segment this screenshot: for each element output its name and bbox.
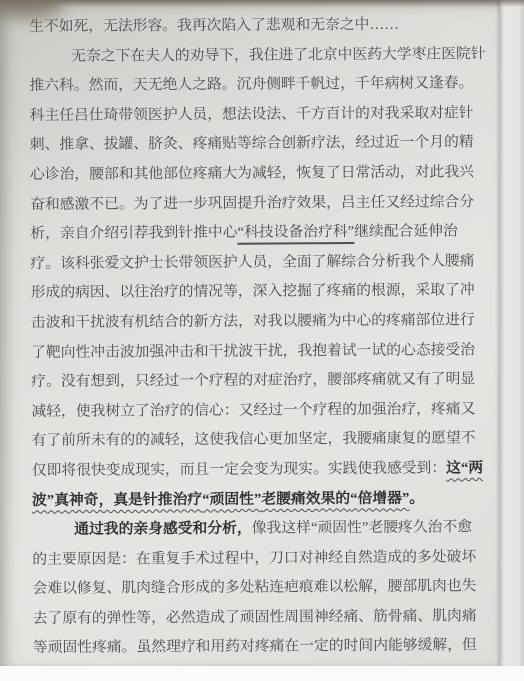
- text-line: 疗。没有想到，只经过一个疗程的对症治疗，腰部疼痛就又有了明显: [31, 365, 493, 397]
- text-line: 科主任吕仕琦带领医护人员，想法设法、千方百计的对我采取对症针: [30, 99, 492, 131]
- text-segment: 刺、推拿、拔罐、脐灸、疼痛贴等综合创新疗法，经过近一个月的精: [30, 135, 474, 154]
- text-line: 波”真神奇，真是针推治疗“顽固性”老腰痛效果的“倍增器”。: [32, 484, 494, 516]
- text-line: 有了前所未有的的减轻，这使我信心更加坚定，我腰痛康复的愿望不: [32, 424, 494, 456]
- text-segment: 有了前所未有的的减轻，这使我信心更加坚定，我腰痛康复的愿望不: [32, 431, 476, 450]
- text-line: 刺、推拿、拔罐、脐灸、疼痛贴等综合创新疗法，经过近一个月的精: [30, 129, 492, 161]
- text-segment: 形成的病因、以往治疗的情况等，深入挖掘了疼痛的根源，采取了冲: [31, 283, 475, 302]
- text-segment-emphasis: 波”真神奇，真是针推治疗: [32, 491, 202, 508]
- text-segment-emphasis: “倍增器”: [350, 490, 409, 506]
- text-segment: 的主要原因是：在重复手术过程中，刀口对神经自然造成的多处破坏: [32, 549, 476, 568]
- text-line: 去了原有的弹性等，必然造成了顽固性周围神经痛、筋骨痛、肌肉痛: [33, 602, 495, 634]
- text-segment-emphasis: “顽固性”: [202, 491, 261, 507]
- text-line: 的主要原因是：在重复手术过程中，刀口对神经自然造成的多处破坏: [32, 543, 494, 575]
- paper-page: 生不如死，无法形容。我再次陷入了悲观和无奈之中……无奈之下在夫人的劝导下，我住进…: [0, 0, 500, 666]
- text-line: 推六科。然而，天无绝人之路。沉舟侧畔千帆过，千年病树又逢春。: [29, 69, 491, 101]
- text-line: 仅即将很快变成现实，而且一定会变为现实。实践使我感受到：这“两: [32, 454, 494, 486]
- text-segment: 了靶向性冲击波加强冲击和干扰波干扰，我抱着试一试的心态接受治: [31, 342, 475, 361]
- photo-background-right: [500, 0, 524, 666]
- text-segment: 等顽固性疼痛。虽然理疗和用药对疼痛在一定的时间内能够缓解，但: [33, 638, 477, 657]
- text-line: 形成的病因、以往治疗的情况等，深入挖掘了疼痛的根源，采取了冲: [31, 277, 493, 309]
- text-segment-emphasis: 老腰痛效果的: [261, 491, 350, 508]
- text-segment: 去了原有的弹性等，必然造成了顽固性周围神经痛、筋骨痛、肌肉痛: [33, 608, 477, 627]
- text-segment: 推六科。然而，天无绝人之路。沉舟侧畔千帆过，千年病树又逢春。: [29, 75, 473, 94]
- text-line: 生不如死，无法形容。我再次陷入了悲观和无奈之中……: [29, 10, 491, 42]
- text-line: 心诊治，腰部和其他部位疼痛大为减轻，恢复了日常活动，对此我兴: [30, 158, 492, 190]
- text-segment: 无奈之下在夫人的劝导下，我住进了北京中医药大学枣庄医院针: [71, 46, 485, 65]
- text-segment: 像我这样“顽固性”老腰疼久治不愈: [252, 519, 472, 536]
- text-line: 击波和干扰波有机结合的新方法，对我以腰痛为中心的疼痛部位进行: [31, 306, 493, 338]
- text-segment: 生不如死，无法形容。我再次陷入了悲观和无奈之中……: [29, 17, 399, 35]
- text-line: 疗。该科张爱文护士长带领医护人员，全面了解综合分析我个人腰痛: [30, 247, 492, 279]
- text-line: 通过我的亲身感受和分析，像我这样“顽固性”老腰疼久治不愈: [32, 513, 494, 545]
- text-segment: 会难以修复、肌肉缝合形成的多处粘连疤痕难以松解，腰部肌肉也失: [32, 579, 476, 598]
- text-segment-emphasis: 。: [409, 490, 424, 506]
- text-segment: 心诊治，腰部和其他部位疼痛大为减轻，恢复了日常活动，对此我兴: [30, 164, 474, 183]
- text-segment-emphasis: “科技设备治疗科”: [237, 224, 354, 245]
- image-bottom-margin: [0, 666, 524, 681]
- text-segment: 疗。该科张爱文护士长带领医护人员，全面了解综合分析我个人腰痛: [30, 253, 474, 272]
- text-segment: 析，亲自介绍引荐我到针推中心: [30, 225, 237, 242]
- photo-of-document: 生不如死，无法形容。我再次陷入了悲观和无奈之中……无奈之下在夫人的劝导下，我住进…: [0, 0, 524, 681]
- text-line: 无奈之下在夫人的劝导下，我住进了北京中医药大学枣庄医院针: [29, 40, 491, 72]
- text-line: 等顽固性疼痛。虽然理疗和用药对疼痛在一定的时间内能够缓解，但: [33, 632, 495, 664]
- text-segment-emphasis: 通过我的亲身感受和分析，: [74, 521, 252, 538]
- text-segment: 疗。没有想到，只经过一个疗程的对症治疗，腰部疼痛就又有了明显: [31, 371, 475, 390]
- text-segment: 奋和感激不已。为了进一步巩固提升治疗效果，吕主任又经过综合分: [30, 194, 474, 213]
- document-lines: 生不如死，无法形容。我再次陷入了悲观和无奈之中……无奈之下在夫人的劝导下，我住进…: [29, 10, 495, 664]
- text-line: 减轻，使我树立了治疗的信心：又经过一个疗程的加强治疗，疼痛又: [31, 395, 493, 427]
- text-line: 奋和感激不已。为了进一步巩固提升治疗效果，吕主任又经过综合分: [30, 188, 492, 220]
- text-line: 析，亲自介绍引荐我到针推中心“科技设备治疗科”继续配合延伸治: [30, 217, 492, 249]
- text-segment: 击波和干扰波有机结合的新方法，对我以腰痛为中心的疼痛部位进行: [31, 312, 475, 331]
- text-segment-emphasis: 这“两: [446, 460, 483, 476]
- text-segment: 科主任吕仕琦带领医护人员，想法设法、千方百计的对我采取对症针: [30, 105, 474, 124]
- text-line: 了靶向性冲击波加强冲击和干扰波干扰，我抱着试一试的心态接受治: [31, 336, 493, 368]
- text-line: 会难以修复、肌肉缝合形成的多处粘连疤痕难以松解，腰部肌肉也失: [32, 572, 494, 604]
- text-segment: 仅即将很快变成现实，而且一定会变为现实。实践使我感受到：: [32, 460, 446, 479]
- photo-top-edge-shadow: [0, 0, 524, 7]
- text-segment: 减轻，使我树立了治疗的信心：又经过一个疗程的加强治疗，疼痛又: [31, 401, 475, 420]
- text-segment: 继续配合延伸治: [354, 224, 458, 241]
